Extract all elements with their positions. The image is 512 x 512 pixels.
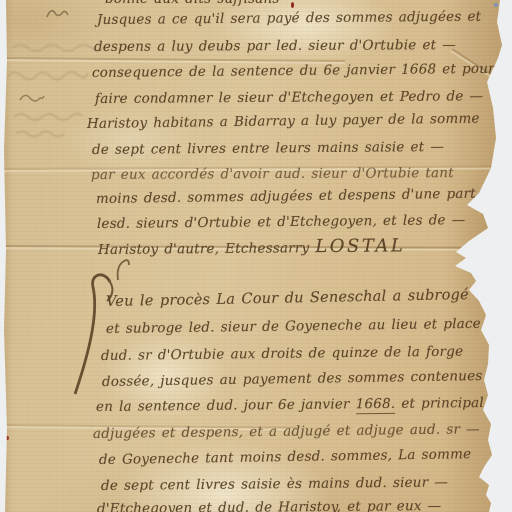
manuscript-line: bonne aux dits suffisans bbox=[105, 0, 280, 7]
manuscript-line: dossée, jusques au payement des sommes c… bbox=[102, 370, 483, 389]
manuscript-line: consequence de la sentence du 6e janvier… bbox=[92, 63, 495, 81]
line-text: en la sentence dud. jour 6e janvier bbox=[96, 396, 356, 415]
manuscript-line: dud. sr d'Ortubie aux droits de quinze d… bbox=[101, 346, 463, 364]
line-text: et principal — bbox=[395, 395, 503, 412]
paper: bonne aux dits suffisans Jusques a ce qu… bbox=[0, 0, 512, 512]
manuscript-line: Veu le procès La Cour du Seneschal a sub… bbox=[106, 288, 469, 309]
manuscript-line: et subroge led. sieur de Goyeneche au li… bbox=[106, 317, 501, 336]
manuscript-line: en la sentence dud. jour 6e janvier 1668… bbox=[96, 397, 504, 415]
manuscript-line: de sept cent livres saisie ès mains dud.… bbox=[101, 476, 448, 493]
manuscript-line: Jusques a ce qu'il sera payé des sommes … bbox=[97, 11, 481, 28]
line-text: Haristoy d'autre, Etchessarry bbox=[98, 240, 315, 258]
text-layer: bonne aux dits suffisans Jusques a ce qu… bbox=[0, 0, 512, 512]
manuscript-line: Haristoy d'autre, Etchessarry LOSTAL bbox=[98, 237, 405, 258]
manuscript-photo: bonne aux dits suffisans Jusques a ce qu… bbox=[0, 0, 512, 512]
manuscript-line: de Goyeneche tant moins desd. sommes, La… bbox=[99, 448, 471, 467]
manuscript-line: de sept cent livres entre leurs mains sa… bbox=[92, 141, 444, 158]
manuscript-line: despens a luy deubs par led. sieur d'Ort… bbox=[94, 39, 456, 54]
manuscript-line: Haristoy habitans a Bidarray a luy payer… bbox=[87, 113, 480, 132]
manuscript-line: d'Etchegoyen et dud. de Haristoy, et par… bbox=[97, 500, 441, 512]
manuscript-line: moins desd. sommes adjugées et despens d… bbox=[96, 188, 481, 207]
manuscript-line: lesd. sieurs d'Ortubie et d'Etchegoyen, … bbox=[97, 214, 466, 231]
manuscript-line: par eux accordés d'avoir aud. sieur d'Or… bbox=[91, 167, 454, 182]
manuscript-line: faire condamner le sieur d'Etchegoyen et… bbox=[95, 90, 483, 106]
underlined-year: 1668. bbox=[356, 396, 396, 414]
manuscript-line: adjugées et despens, et a adjugé et adju… bbox=[93, 423, 480, 441]
signature-name: LOSTAL bbox=[315, 235, 405, 257]
